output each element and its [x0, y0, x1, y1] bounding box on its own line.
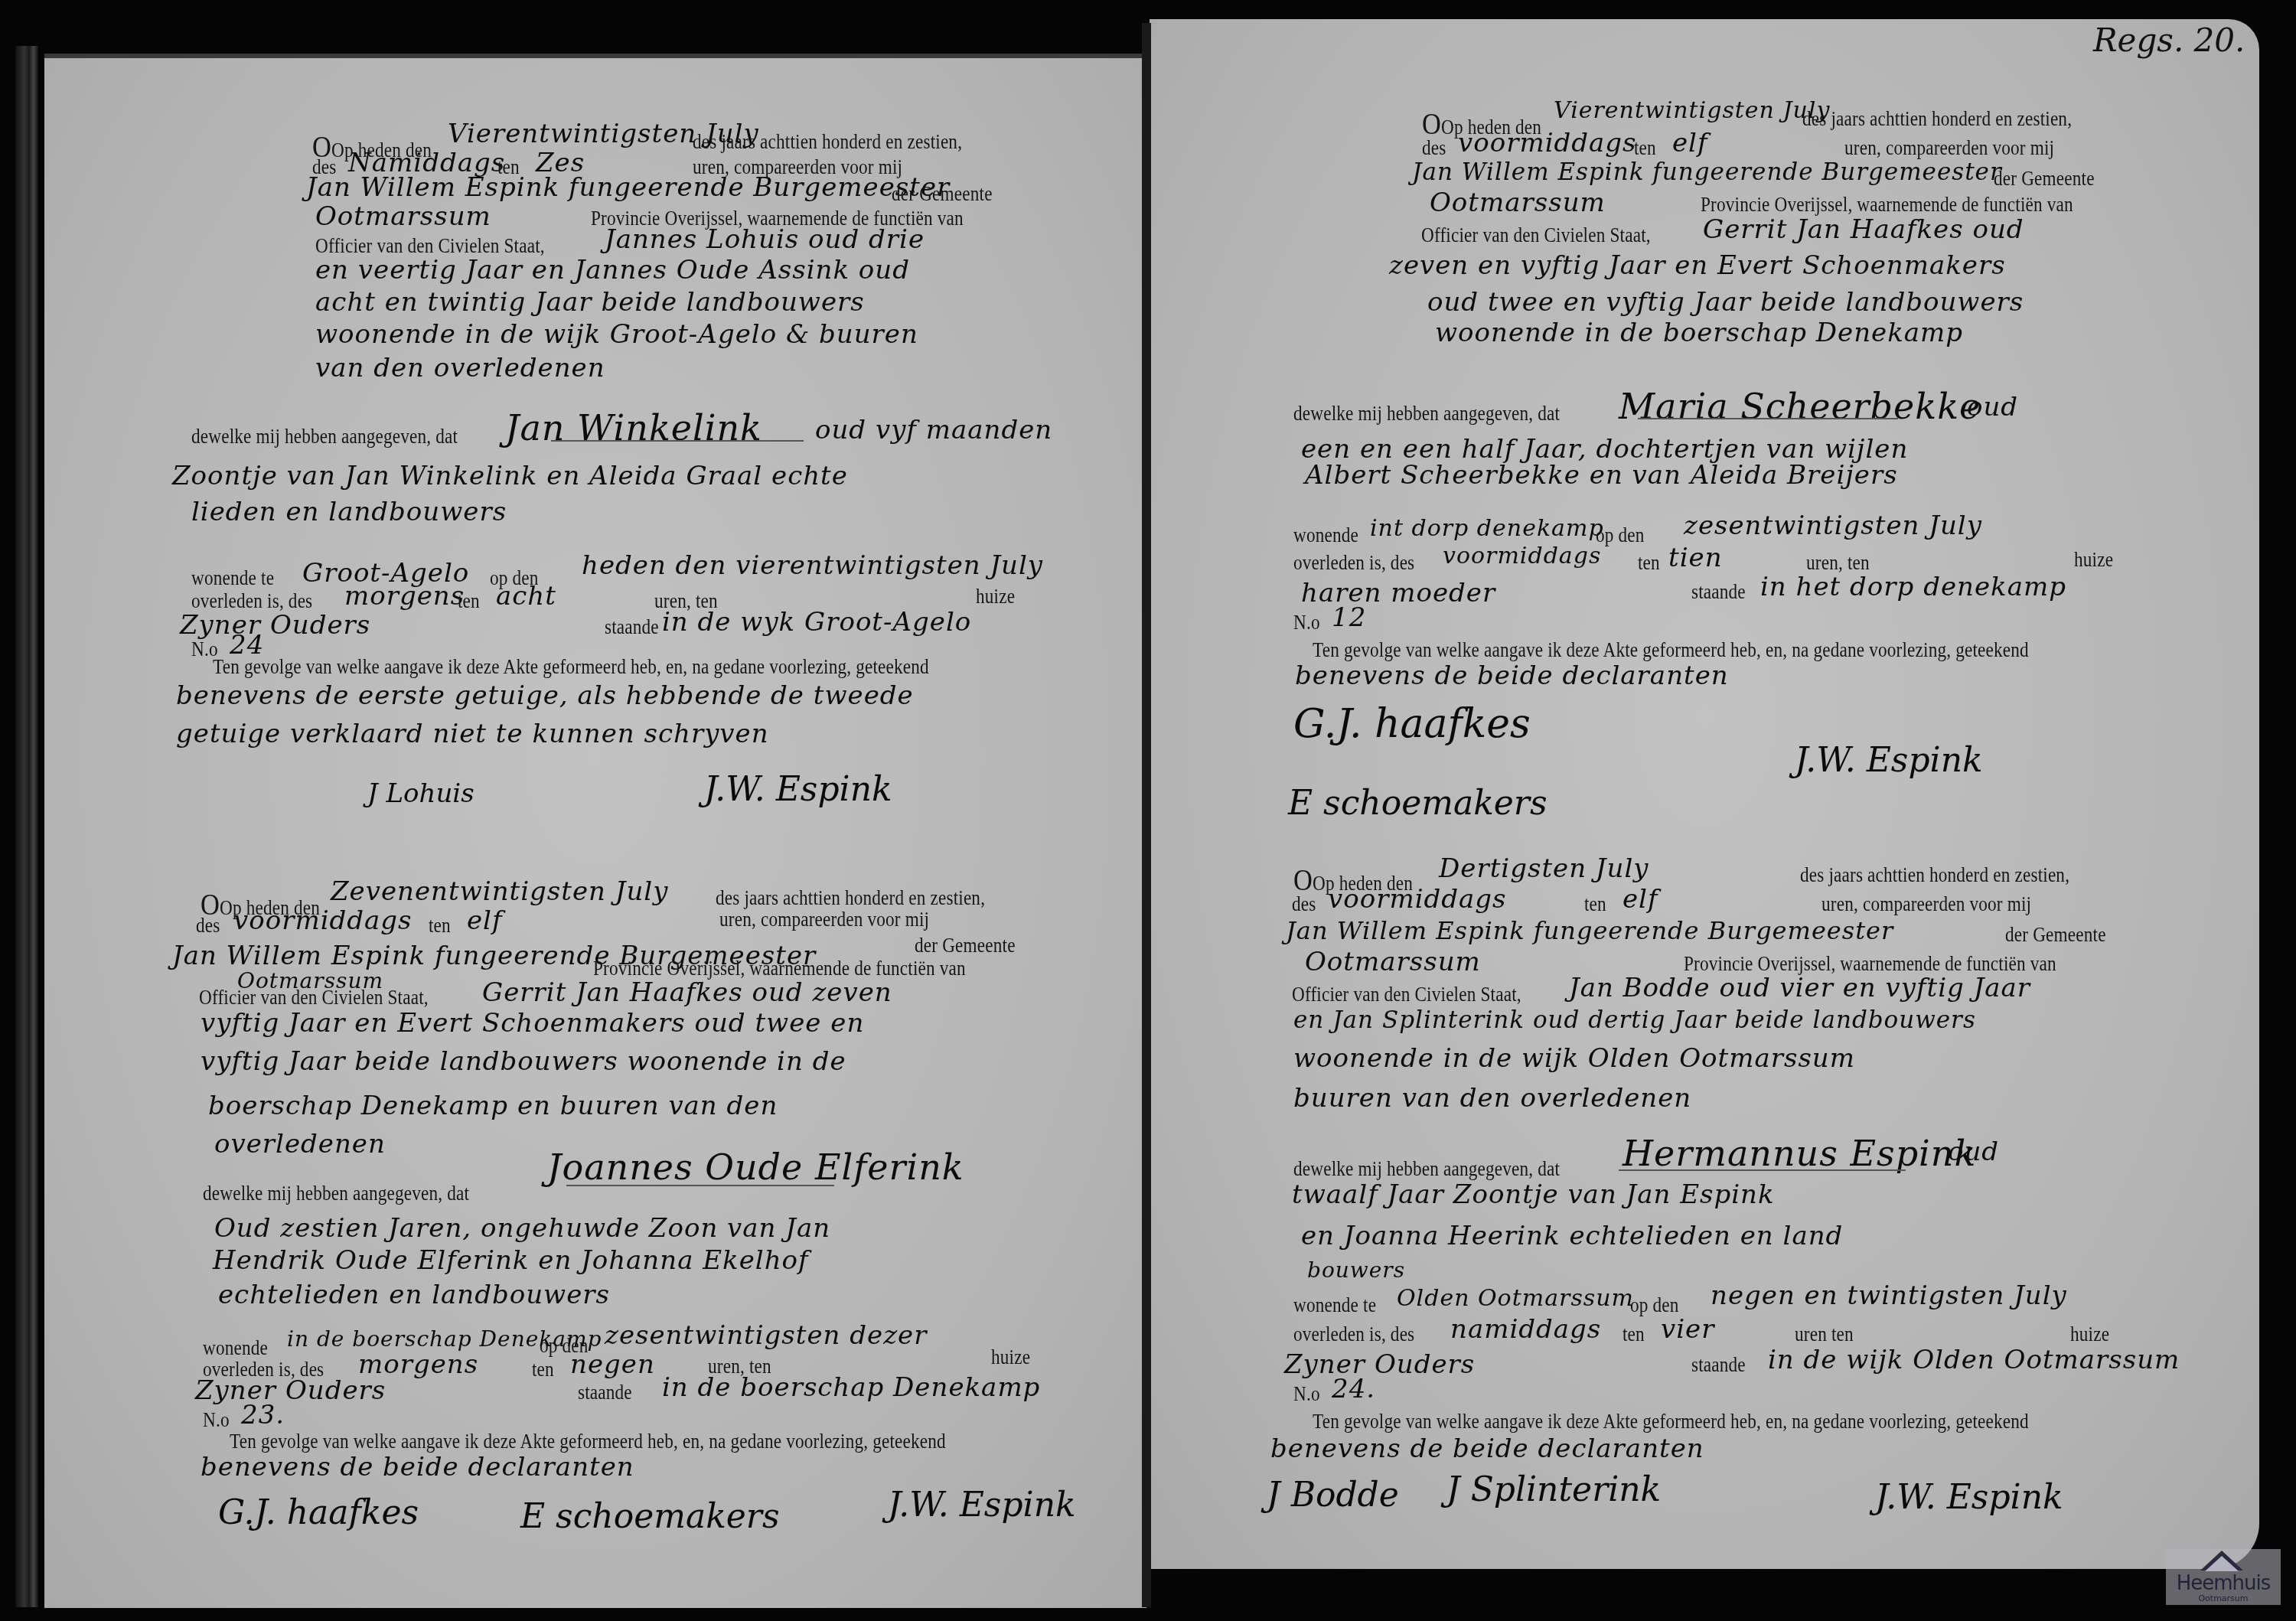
- handwritten-death-date: heden den vierentwintigsten July: [582, 553, 1043, 579]
- handwritten-location: in de boerschap Denekamp: [662, 1375, 1040, 1401]
- signature-mayor: J.W. Espink: [1795, 744, 1983, 778]
- printed-text: des jaars achttien honderd en zestien,: [693, 132, 962, 152]
- handwritten-text: bouwers: [1307, 1260, 1405, 1281]
- printed-text: ten: [458, 591, 480, 612]
- signature: G.J. haafkes: [218, 1496, 419, 1530]
- handwritten-parents: Zoontje van Jan Winkelink en Aleida Graa…: [172, 463, 848, 489]
- handwritten-hour: elf: [1623, 886, 1658, 912]
- printed-text: staande: [1691, 1355, 1746, 1375]
- handwritten-residence: int dorp denekamp: [1370, 517, 1604, 540]
- printed-text: der Gemeente: [2005, 925, 2106, 945]
- handwritten-time-of-day: voormiddags: [1328, 886, 1507, 912]
- printed-text: Officier van den Civielen Staat,: [199, 987, 429, 1008]
- printed-text: dewelke mij hebben aangegeven, dat: [1293, 1159, 1560, 1179]
- handwritten-residence: Olden Ootmarssum: [1397, 1287, 1634, 1310]
- handwritten-hour: vier: [1661, 1316, 1714, 1342]
- record-number: 12: [1332, 605, 1366, 631]
- handwritten-witness: Gerrit Jan Haafkes oud: [1703, 217, 2024, 243]
- printed-text: huize: [2070, 1324, 2109, 1345]
- printed-text: wonende: [203, 1338, 268, 1358]
- printed-text: uren, compareerden voor mij: [1821, 894, 2031, 915]
- printed-text: staande: [605, 617, 659, 638]
- printed-text: uren, compareerden voor mij: [1844, 138, 2054, 158]
- printed-text: Provincie Overijssel, waarnemende de fun…: [593, 958, 966, 979]
- handwritten-hour: elf: [467, 908, 503, 934]
- record-number: 24.: [1332, 1376, 1375, 1402]
- printed-text: wonende te: [1293, 1295, 1376, 1316]
- printed-text: wonende: [1293, 525, 1358, 546]
- printed-text: des: [1422, 138, 1446, 158]
- handwritten-hour: acht: [496, 583, 556, 609]
- printed-text: der Gemeente: [915, 935, 1016, 956]
- handwritten-witness: zeven en vyftig Jaar en Evert Schoenmake…: [1389, 253, 2006, 279]
- record-number-label: N.o: [203, 1410, 230, 1430]
- handwritten-parents: twaalf Jaar Zoontje van Jan Espink: [1292, 1182, 1775, 1208]
- handwritten-text: overledenen: [214, 1131, 386, 1157]
- printed-text: uren, ten: [1806, 553, 1870, 573]
- handwritten-closing: getuige verklaard niet te kunnen schryve…: [176, 721, 769, 747]
- handwritten-residence: woonende in de boerschap Denekamp: [1435, 320, 1963, 346]
- handwritten-witness: Jan Bodde oud vier en vyftig Jaar: [1569, 975, 2030, 1001]
- name-underline: [566, 1185, 834, 1186]
- handwritten-text: buuren van den overledenen: [1293, 1085, 1691, 1111]
- handwritten-witness: en Jan Splinterink oud dertig Jaar beide…: [1293, 1009, 1976, 1032]
- handwritten-date: Zevenentwintigsten July: [331, 879, 668, 905]
- handwritten-death-date: zesentwintigsten July: [1684, 513, 1982, 539]
- handwritten-death-date: negen en twintigsten July: [1711, 1283, 2067, 1309]
- printed-text: ten: [1584, 894, 1606, 915]
- printed-text: op den: [1596, 525, 1645, 546]
- handwritten-official: Jan Willem Espink fungeerende Burgemeest…: [1412, 161, 2002, 184]
- handwritten-location: in de wijk Olden Ootmarssum: [1768, 1347, 2180, 1373]
- handwritten-municipality: Ootmarssum: [1430, 190, 1606, 216]
- printed-text: der Gemeente: [892, 184, 993, 204]
- handwritten-age: oud: [1948, 1139, 1999, 1165]
- handwritten-text: van den overledenen: [315, 355, 605, 381]
- record-number-label: N.o: [1293, 1384, 1320, 1404]
- signature: E schoemakers: [520, 1500, 779, 1534]
- printed-text: huize: [2074, 550, 2113, 570]
- printed-text: des: [1292, 894, 1316, 915]
- name-underline: [1638, 418, 1898, 419]
- heemhuis-watermark: Heemhuis Ootmarsum: [2166, 1549, 2281, 1605]
- handwritten-time-of-day: voormiddags: [1443, 545, 1601, 568]
- handwritten-closing: benevens de beide declaranten: [1270, 1436, 1704, 1462]
- handwritten-age: een en een half Jaar, dochtertjen van wi…: [1301, 436, 1908, 462]
- signature-mayor: J.W. Espink: [704, 773, 892, 807]
- printed-text: ten: [429, 915, 451, 936]
- signature-mayor: J.W. Espink: [1875, 1481, 2063, 1515]
- printed-text: uren, compareerden voor mij: [719, 909, 929, 930]
- handwritten-witness: en veertig Jaar en Jannes Oude Assink ou…: [315, 257, 910, 283]
- printed-text: overleden is, des: [1293, 1324, 1414, 1345]
- handwritten-parents: Albert Scheerbekke en van Aleida Breijer…: [1305, 462, 1898, 488]
- printed-closing: Ten gevolge van welke aangave ik deze Ak…: [230, 1431, 946, 1452]
- printed-text: dewelke mij hebben aangegeven, dat: [203, 1183, 469, 1204]
- printed-text: des jaars achttien honderd en zestien,: [1800, 865, 2069, 886]
- handwritten-house: Zyner Ouders: [1284, 1352, 1475, 1378]
- handwritten-house: Zyner Ouders: [195, 1378, 386, 1404]
- handwritten-location: in de wyk Groot-Agelo: [662, 609, 971, 635]
- watermark-brand: Heemhuis: [2166, 1572, 2281, 1595]
- house-roof-icon-inner: [2205, 1556, 2239, 1571]
- handwritten-date: Vierentwintigsten July: [1554, 99, 1830, 122]
- signature: J Lohuis: [367, 781, 475, 807]
- printed-text: dewelke mij hebben aangegeven, dat: [191, 426, 458, 447]
- handwritten-hour: negen: [570, 1352, 655, 1378]
- handwritten-closing: benevens de beide declaranten: [201, 1454, 634, 1480]
- watermark-place: Ootmarsum: [2166, 1593, 2281, 1603]
- printed-text: huize: [991, 1347, 1030, 1368]
- printed-text: wonende te: [191, 568, 274, 589]
- handwritten-house: haren moeder: [1301, 580, 1495, 606]
- handwritten-location: in het dorp denekamp: [1760, 574, 2066, 600]
- handwritten-municipality: Ootmarssum: [1305, 949, 1481, 975]
- handwritten-time-of-day: morgens: [344, 583, 465, 609]
- printed-closing: Ten gevolge van welke aangave ik deze Ak…: [1313, 640, 2029, 660]
- printed-text: ten: [1638, 553, 1660, 573]
- handwritten-witness: Jannes Lohuis oud drie: [605, 227, 925, 253]
- printed-text: ten: [1634, 138, 1656, 158]
- printed-text: des jaars achttien honderd en zestien,: [716, 888, 985, 908]
- printed-text: dewelke mij hebben aangegeven, dat: [1293, 403, 1560, 424]
- printed-text: overleden is, des: [1293, 553, 1414, 573]
- printed-text: Officier van den Civielen Staat,: [315, 236, 545, 256]
- signature: J Splinterink: [1446, 1473, 1661, 1507]
- printed-text: overleden is, des: [191, 591, 312, 612]
- record-number: 24: [230, 632, 264, 658]
- signature: G.J. haafkes: [1293, 704, 1531, 744]
- handwritten-time-of-day: voormiddags: [233, 908, 413, 934]
- printed-text: des jaars achttien honderd en zestien,: [1802, 109, 2072, 129]
- printed-text: des: [196, 915, 220, 936]
- record-number-label: N.o: [1293, 612, 1320, 633]
- handwritten-parents: en Joanna Heerink echtelieden en land: [1301, 1223, 1843, 1249]
- record-number: 23.: [241, 1402, 285, 1428]
- handwritten-time-of-day: morgens: [358, 1352, 478, 1378]
- printed-text: op den: [1630, 1295, 1679, 1316]
- printed-text: staande: [1691, 582, 1746, 602]
- printed-text: uren ten: [1795, 1324, 1854, 1345]
- printed-closing: Ten gevolge van welke aangave ik deze Ak…: [213, 657, 929, 677]
- handwritten-parents: Hendrik Oude Elferink en Johanna Ekelhof: [213, 1248, 809, 1274]
- deceased-name: Hermannus Espink: [1623, 1136, 1976, 1171]
- handwritten-witness: Gerrit Jan Haafkes oud zeven: [482, 980, 892, 1006]
- printed-text: Officier van den Civielen Staat,: [1421, 225, 1651, 246]
- handwritten-age: Oud zestien Jaren, ongehuwde Zoon van Ja…: [214, 1215, 830, 1241]
- printed-text: Provincie Overijssel, waarnemende de fun…: [1701, 194, 2073, 215]
- handwritten-closing: benevens de eerste getuige, als hebbende…: [176, 683, 914, 709]
- page-gutter: [1142, 23, 1151, 1607]
- deceased-name: Joannes Oude Elferink: [547, 1150, 964, 1185]
- handwritten-death-date: zesentwintigsten dezer: [605, 1323, 927, 1349]
- handwritten-witness: acht en twintig Jaar beide landbouwers: [315, 289, 865, 315]
- handwritten-house: Zyner Ouders: [180, 612, 370, 638]
- handwritten-witness: vyftig Jaar beide landbouwers woonende i…: [201, 1049, 846, 1075]
- printed-text: ten: [1623, 1324, 1645, 1345]
- handwritten-official: Jan Willem Espink fungeerende Burgemeest…: [1286, 918, 1893, 943]
- printed-text: der Gemeente: [1994, 168, 2095, 189]
- signature-mayor: J.W. Espink: [888, 1489, 1076, 1522]
- name-underline: [551, 440, 804, 442]
- handwritten-age: oud: [1967, 394, 2018, 420]
- printed-closing: Ten gevolge van welke aangave ik deze Ak…: [1313, 1411, 2029, 1432]
- handwritten-residence: woonende in de wijk Olden Ootmarssum: [1293, 1045, 1855, 1071]
- handwritten-hour: elf: [1672, 130, 1708, 156]
- handwritten-residence: boerschap Denekamp en buuren van den: [208, 1093, 778, 1119]
- printed-text: huize: [976, 586, 1015, 607]
- handwritten-age: oud vyf maanden: [815, 417, 1052, 443]
- printed-text: ten: [532, 1359, 554, 1380]
- handwritten-time-of-day: voormiddags: [1458, 130, 1637, 156]
- signature: E schoemakers: [1288, 787, 1547, 820]
- handwritten-residence: woonende in de wijk Groot-Agelo & buuren: [315, 321, 918, 347]
- signature: J Bodde: [1267, 1479, 1399, 1512]
- handwritten-municipality: Ootmarssum: [315, 204, 491, 230]
- handwritten-witness: oud twee en vyftig Jaar beide landbouwer…: [1427, 289, 2024, 315]
- handwritten-text: echtelieden en landbouwers: [218, 1282, 610, 1308]
- page-number-mark: Regs. 20.: [2093, 21, 2245, 59]
- printed-text: staande: [578, 1382, 632, 1403]
- handwritten-witness: vyftig Jaar en Evert Schoenmakers oud tw…: [201, 1010, 864, 1036]
- book-binding-edge: [15, 46, 38, 1607]
- handwritten-text: lieden en landbouwers: [191, 499, 507, 525]
- printed-text: Officier van den Civielen Staat,: [1292, 984, 1521, 1005]
- handwritten-official: Jan Willem Espink fungeerende Burgemeest…: [306, 174, 950, 201]
- handwritten-time-of-day: namiddags: [1450, 1316, 1601, 1342]
- handwritten-closing: benevens de beide declaranten: [1295, 663, 1729, 689]
- handwritten-hour: tien: [1668, 545, 1723, 571]
- name-underline: [1619, 1169, 1906, 1171]
- printed-text: Provincie Overijssel, waarnemende de fun…: [1684, 954, 2056, 974]
- handwritten-date: Dertigsten July: [1439, 856, 1649, 882]
